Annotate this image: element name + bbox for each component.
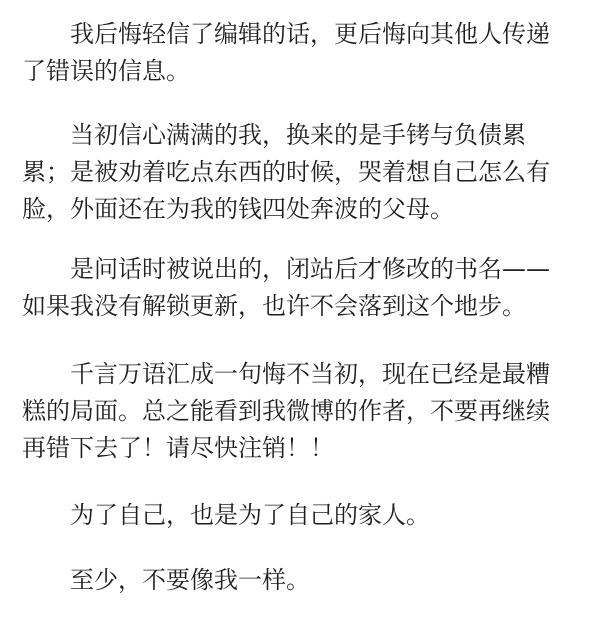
paragraph-line: 了错误的信息。 [22,53,592,90]
paragraph-line: 为了自己，也是为了自己的家人。 [22,497,592,534]
paragraph-4: 千言万语汇成一句悔不当初，现在已经是最糟 糕的局面。总之能看到我微博的作者，不要… [22,356,592,467]
paragraph-2: 当初信心满满的我，换来的是手铐与负债累 累；是被劝着吃点东西的时候，哭着想自己怎… [22,117,592,228]
paragraph-5: 为了自己，也是为了自己的家人。 [22,497,592,534]
paragraph-6: 至少，不要像我一样。 [22,562,592,599]
paragraph-line: 我后悔轻信了编辑的话，更后悔向其他人传递 [22,16,592,53]
paragraph-line: 如果我没有解锁更新，也许不会落到这个地步。 [22,288,592,325]
paragraph-3: 是问话时被说出的，闭站后才修改的书名—— 如果我没有解锁更新，也许不会落到这个地… [22,251,592,325]
paragraph-line: 当初信心满满的我，换来的是手铐与负债累 [22,117,592,154]
paragraph-line: 至少，不要像我一样。 [22,562,592,599]
paragraph-line: 再错下去了！请尽快注销！！ [22,430,592,467]
paragraph-line: 糕的局面。总之能看到我微博的作者，不要再继续 [22,393,592,430]
paragraph-line: 累；是被劝着吃点东西的时候，哭着想自己怎么有 [22,154,592,191]
paragraph-1: 我后悔轻信了编辑的话，更后悔向其他人传递 了错误的信息。 [22,16,592,90]
paragraph-line: 脸，外面还在为我的钱四处奔波的父母。 [22,191,592,228]
paragraph-line: 是问话时被说出的，闭站后才修改的书名—— [22,251,592,288]
paragraph-line: 千言万语汇成一句悔不当初，现在已经是最糟 [22,356,592,393]
